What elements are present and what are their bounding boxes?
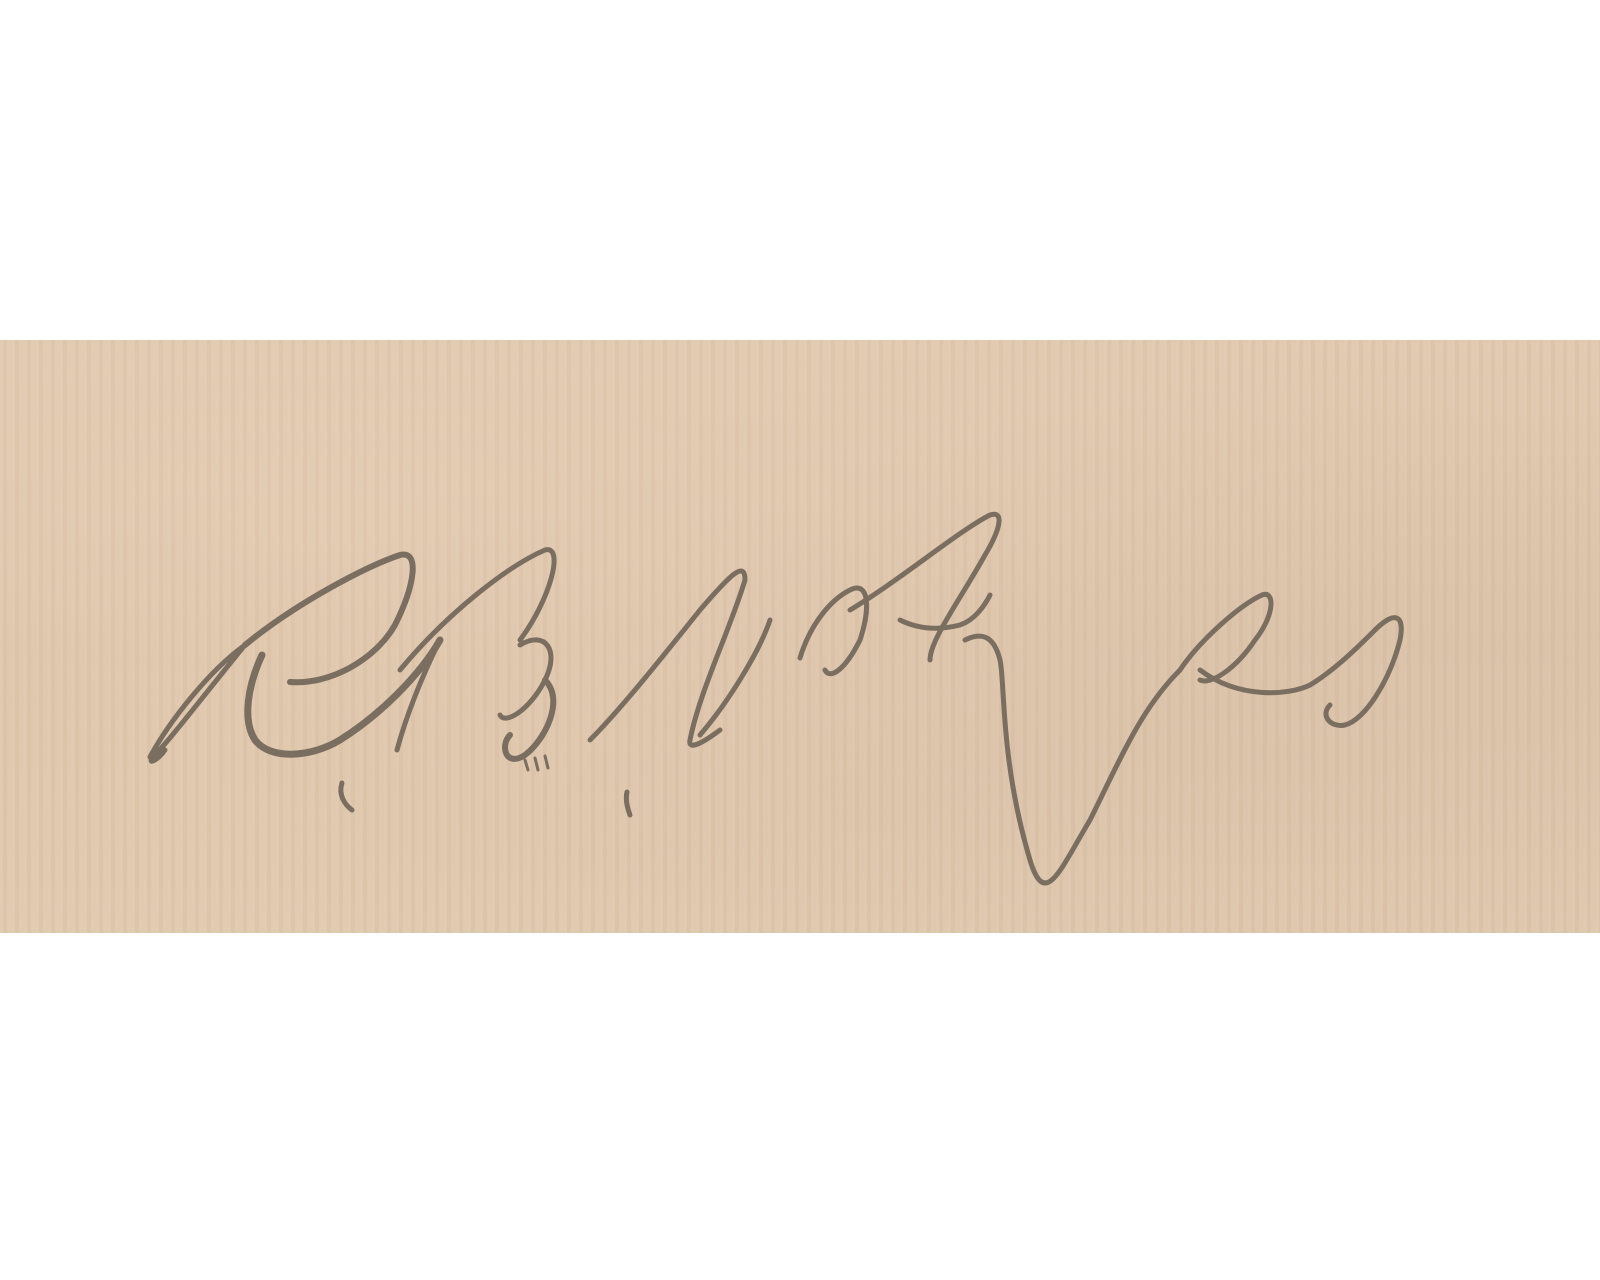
signature-graphic — [0, 340, 1600, 933]
image-stage: R. B. Hayes — [0, 0, 1600, 1280]
paper-strip: R. B. Hayes — [0, 340, 1600, 933]
